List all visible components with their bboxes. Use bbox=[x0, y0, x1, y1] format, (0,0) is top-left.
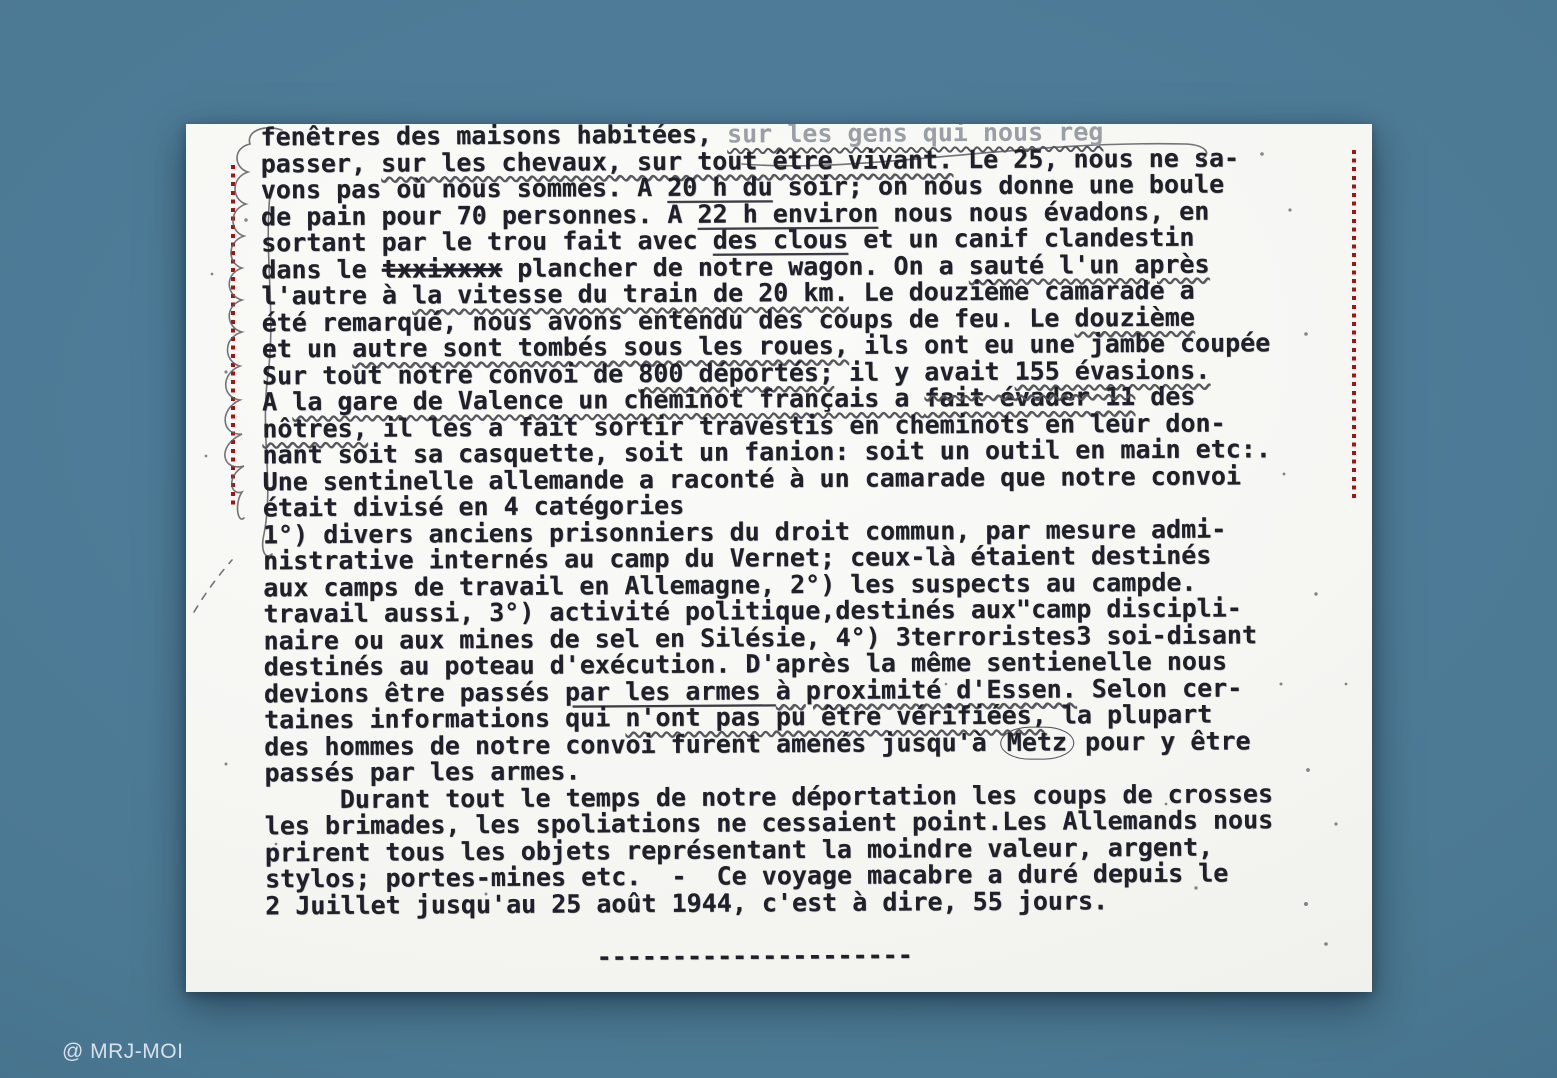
red-dotted-line-left bbox=[231, 165, 235, 507]
text-segment: et un bbox=[262, 334, 352, 364]
text-segment: A bbox=[262, 387, 292, 416]
text-segment: des bbox=[1135, 382, 1195, 411]
text-segment: 800 déportés; bbox=[638, 357, 834, 387]
text-segment: --------------------- bbox=[265, 940, 912, 973]
text-segment: 20 h du bbox=[667, 172, 773, 202]
document-lines: fenêtres des maisons habitées, sur les g… bbox=[260, 124, 1366, 972]
text-segment: txxixxxx bbox=[382, 253, 503, 283]
text-segment: nôtres, bbox=[262, 413, 368, 443]
text-segment: des hommes de notre convoi furent amenés… bbox=[264, 727, 1002, 761]
scan-background: fenêtres des maisons habitées, sur les g… bbox=[0, 0, 1557, 1078]
text-segment: 155 évasions. bbox=[1014, 355, 1210, 385]
text-segment: dans le bbox=[261, 254, 382, 284]
document-line: des hommes de notre convoi furent amenés… bbox=[264, 727, 1365, 760]
text-segment: pour y être bbox=[1070, 726, 1251, 756]
document-page: fenêtres des maisons habitées, sur les g… bbox=[186, 124, 1372, 992]
document-line: --------------------- bbox=[265, 939, 1366, 972]
text-segment: 2 Juillet jusqu'au 25 août 1944, c'est à… bbox=[265, 886, 1108, 920]
text-segment: des clous bbox=[713, 225, 849, 255]
watermark-label: @ MRJ-MOI bbox=[62, 1040, 183, 1064]
text-segment: l'autre à bbox=[261, 280, 412, 310]
text-segment: Metz bbox=[1000, 726, 1074, 759]
text-segment: douzième bbox=[1074, 302, 1195, 332]
document-line: Une sentinelle allemande a raconté à un … bbox=[263, 462, 1364, 495]
text-segment: il y avait bbox=[834, 356, 1015, 386]
text-segment: Une sentinelle allemande a raconté à un … bbox=[263, 461, 1242, 496]
text-segment: passer, bbox=[261, 148, 382, 178]
text-segment: 22 h environ bbox=[697, 198, 878, 228]
dashed-diagonal-stroke bbox=[194, 560, 232, 612]
text-segment: la plupart bbox=[1047, 700, 1213, 730]
text-segment: Selon cer- bbox=[1077, 673, 1243, 703]
